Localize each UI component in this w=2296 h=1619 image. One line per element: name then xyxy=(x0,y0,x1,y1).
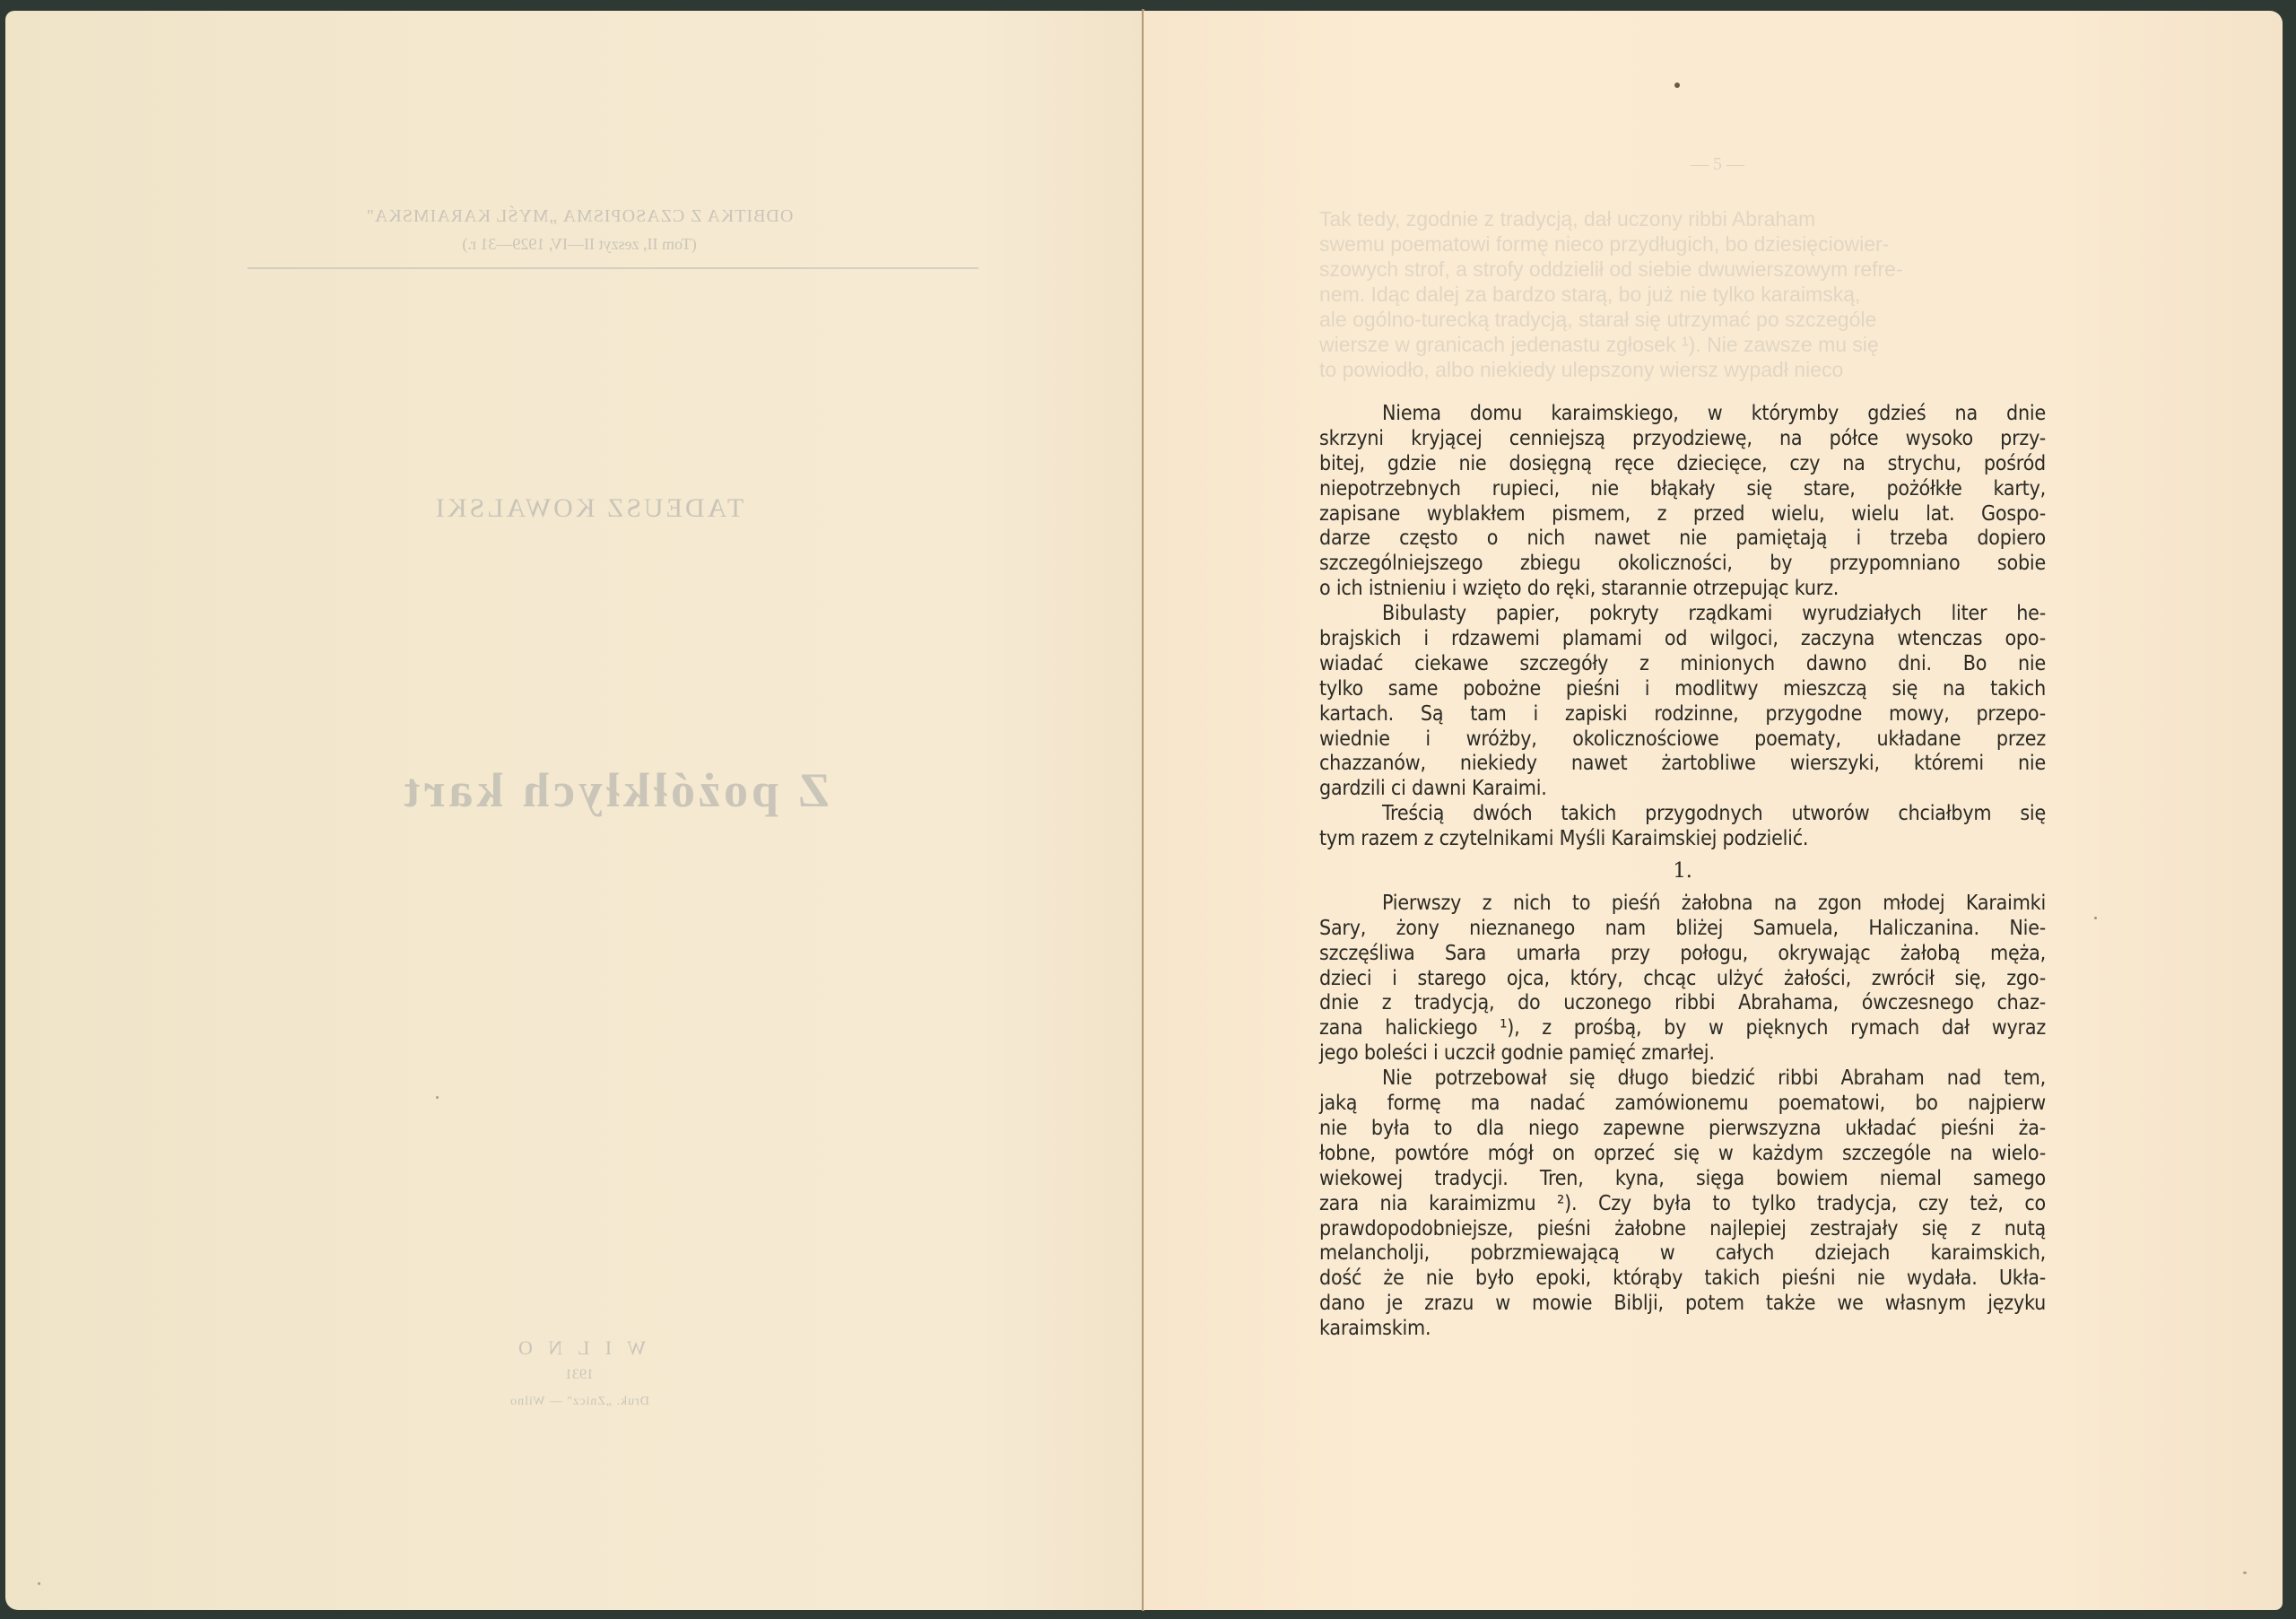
show-through-line: to powiodło, albo niekiedy ulepszony wie… xyxy=(1319,357,2046,382)
left-page: ODBITKA Z CZASOPISMA „MYŚL KARAIMSKA" (T… xyxy=(5,11,1143,1610)
paragraph: Niema domu karaimskiego, w którymby gdzi… xyxy=(1319,402,2046,602)
paper-spot xyxy=(38,1582,40,1585)
text-line: Niema domu karaimskiego, w którymby gdzi… xyxy=(1319,402,2046,427)
text-line: Treścią dwóch takich przygodnych utworów… xyxy=(1319,802,2046,827)
text-line: prawdopodobniejsze, pieśni żałobne najle… xyxy=(1319,1217,2046,1242)
text-line: zara nia karaimizmu ²). Czy była to tylk… xyxy=(1319,1192,2046,1217)
text-line: jaką formę ma nadać zamówionemu poematow… xyxy=(1319,1092,2046,1117)
paragraph: Treścią dwóch takich przygodnych utworów… xyxy=(1319,802,2046,852)
text-line: zana halickiego ¹), z prośbą, by w piękn… xyxy=(1319,1016,2046,1041)
text-line: o ich istnieniu i wzięto do ręki, staran… xyxy=(1319,577,2046,602)
text-line: chazzanów, niekiedy nawet żartobliwe wie… xyxy=(1319,752,2046,777)
text-line: dnie z tradycją, do uczonego ribbi Abrah… xyxy=(1319,991,2046,1016)
text-line: wiadać ciekawe szczegóły z minionych daw… xyxy=(1319,652,2046,677)
show-through-line: ale ogólno-turecką tradycją, starał się … xyxy=(1319,307,2046,332)
text-line: tym razem z czytelnikami Myśli Karaimski… xyxy=(1319,827,2046,852)
show-through-rule xyxy=(248,267,978,269)
text-line: dano je zrazu w mowie Biblji, potem takż… xyxy=(1319,1292,2046,1317)
show-through-line: szowych strof, a strofy oddzielił od sie… xyxy=(1319,257,2046,282)
text-line: kartach. Są tam i zapiski rodzinne, przy… xyxy=(1319,702,2046,727)
text-line: Bibulasty papier, pokryty rządkami wyrud… xyxy=(1319,602,2046,627)
show-through-title: Z pożółkłych kart xyxy=(355,762,875,818)
show-through-line: Tak tedy, zgodnie z tradycją, dał uczony… xyxy=(1319,206,2046,231)
show-through-line: nem. Idąc dalej za bardzo starą, bo już … xyxy=(1319,282,2046,307)
text-line: nie była to dla niego zapewne pierwszyzn… xyxy=(1319,1117,2046,1142)
show-through-text: Tak tedy, zgodnie z tradycją, dał uczony… xyxy=(1319,206,2046,382)
text-line: darze często o nich nawet nie pamiętają … xyxy=(1319,527,2046,552)
text-line: dość że nie było epoki, którąby takich p… xyxy=(1319,1266,2046,1292)
show-through-year: 1931 xyxy=(490,1367,669,1383)
text-line: melancholji, pobrzmiewającą w całych dzi… xyxy=(1319,1241,2046,1266)
show-through-city: W I L N O xyxy=(445,1336,714,1360)
paper-spot xyxy=(1674,83,1680,88)
show-through-line: swemu poematowi formę nieco przydługich,… xyxy=(1319,231,2046,257)
text-line: wiednie i wróżby, okolicznościowe poemat… xyxy=(1319,727,2046,753)
text-line: jego boleści i uczcił godnie pamięć zmar… xyxy=(1319,1041,2046,1066)
paragraph: Pierwszy z nich to pieśń żałobna na zgon… xyxy=(1319,892,2046,1066)
show-through-printer: Druk. „Znicz" — Wilno xyxy=(445,1395,714,1409)
section-heading: 1. xyxy=(1319,859,2046,884)
show-through-header-2: (Tom II, zeszyt II—IV, 1929—31 r.) xyxy=(221,235,938,254)
text-line: tylko same pobożne pieśni i modlitwy mie… xyxy=(1319,677,2046,702)
show-through-line: wiersze w granicach jedenastu zgłosek ¹)… xyxy=(1319,332,2046,357)
text-line: bitej, gdzie nie dosięgną ręce dziecięce… xyxy=(1319,452,2046,477)
show-through-page-number: — 5 — xyxy=(1646,154,1789,175)
text-line: niepotrzebnych rupieci, nie błąkały się … xyxy=(1319,477,2046,502)
text-line: brajskich i rdzawemi plamami od wilgoci,… xyxy=(1319,627,2046,652)
text-line: szczęśliwa Sara umarła przy połogu, okry… xyxy=(1319,942,2046,967)
paragraph: Bibulasty papier, pokryty rządkami wyrud… xyxy=(1319,602,2046,802)
paragraph: Nie potrzebował się długo biedzić ribbi … xyxy=(1319,1066,2046,1342)
paper-spot xyxy=(2243,1571,2247,1574)
body-text: Niema domu karaimskiego, w którymby gdzi… xyxy=(1319,402,2046,1342)
show-through-author: TADEUSZ KOWALSKI xyxy=(310,493,866,524)
book-spread: ODBITKA Z CZASOPISMA „MYŚL KARAIMSKA" (T… xyxy=(0,0,2296,1619)
text-line: Sary, żony nieznanego nam bliżej Samuela… xyxy=(1319,917,2046,942)
text-line: szczególniejszego zbiegu okoliczności, b… xyxy=(1319,552,2046,577)
right-page: — 5 — Tak tedy, zgodnie z tradycją, dał … xyxy=(1144,11,2283,1610)
text-line: wiekowej tradycji. Tren, kyna, sięga bow… xyxy=(1319,1167,2046,1192)
text-line: Pierwszy z nich to pieśń żałobna na zgon… xyxy=(1319,892,2046,917)
show-through-header-1: ODBITKA Z CZASOPISMA „MYŚL KARAIMSKA" xyxy=(221,206,938,227)
text-line: Nie potrzebował się długo biedzić ribbi … xyxy=(1319,1066,2046,1092)
paper-spot xyxy=(2094,917,2097,919)
text-line: gardzili ci dawni Karaimi. xyxy=(1319,777,2046,802)
paper-spot xyxy=(436,1096,439,1099)
text-line: skrzyni kryjącej cenniejszą przyodziewę,… xyxy=(1319,427,2046,452)
text-line: dzieci i starego ojca, który, chcąc ulży… xyxy=(1319,967,2046,992)
text-line: łobne, powtóre mógł on oprzeć się w każd… xyxy=(1319,1142,2046,1167)
text-line: karaimskim. xyxy=(1319,1317,2046,1342)
text-line: zapisane wyblakłem pismem, z przed wielu… xyxy=(1319,502,2046,527)
